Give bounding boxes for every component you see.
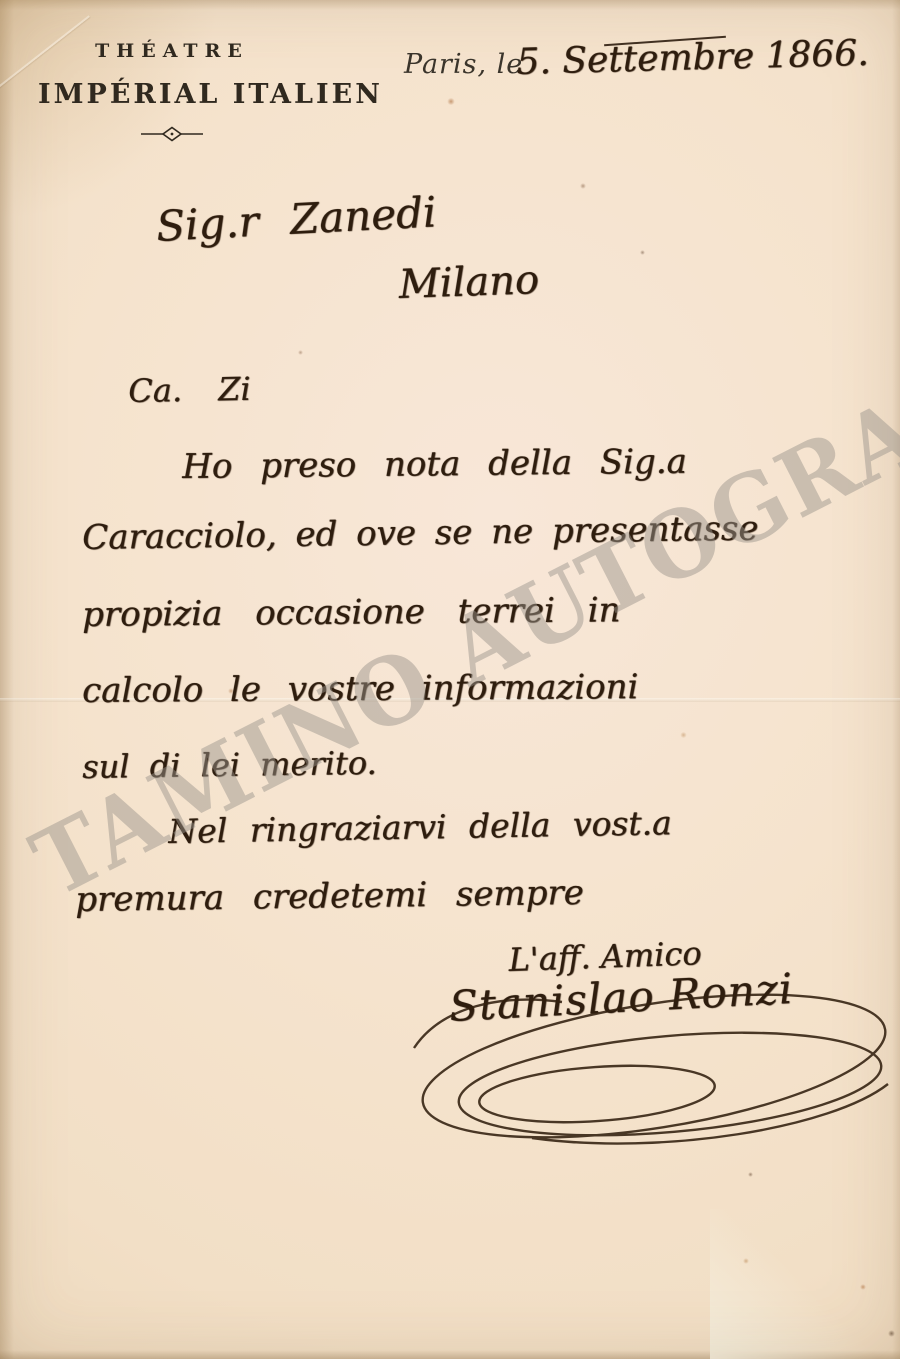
printed-dateline-prefix: Paris, le xyxy=(404,49,523,80)
body-line: propizia occasione terrei in xyxy=(82,590,621,635)
foxing-spot xyxy=(580,183,586,189)
foxing-spot xyxy=(298,350,303,355)
handwritten-date: 5. Settembre 1866. xyxy=(516,33,869,83)
paper-edge-top xyxy=(0,0,900,10)
paper-corner-fold xyxy=(710,1209,900,1359)
addressee-name: Sig.r Zanedi xyxy=(155,187,438,251)
foxing-spot xyxy=(447,98,455,105)
letterhead-line1: THÉATRE xyxy=(38,40,306,62)
addressee-city: Milano xyxy=(398,257,540,308)
paper-edge-right xyxy=(892,0,900,1359)
letterhead-line2: IMPÉRIAL ITALIEN xyxy=(38,79,306,110)
foxing-spot xyxy=(888,1330,895,1337)
body-line: Nel ringraziarvi della vost.a xyxy=(168,803,672,851)
letter-scan: THÉATRE IMPÉRIAL ITALIEN Paris, le 5. Se… xyxy=(0,0,900,1359)
foxing-spot xyxy=(640,250,645,255)
signature: Stanislao Ronzi xyxy=(448,964,794,1031)
body-line: Ho preso nota della Sig.a xyxy=(182,442,687,487)
body-line: Caracciolo, ed ove se ne presentasse xyxy=(82,509,759,558)
body-line: premura credetemi sempre xyxy=(75,873,584,920)
salutation: Ca. Zi xyxy=(128,370,251,410)
body-line: calcolo le vostre informazioni xyxy=(82,667,639,711)
paper-edge-bottom xyxy=(0,1350,900,1359)
paper-edge-left xyxy=(0,0,14,1359)
letterhead: THÉATRE IMPÉRIAL ITALIEN xyxy=(38,40,306,146)
foxing-spot xyxy=(680,732,687,738)
diamond-ornament-icon xyxy=(38,126,306,146)
foxing-spot xyxy=(860,1284,866,1290)
foxing-spot xyxy=(748,1172,753,1177)
foxing-spot xyxy=(743,1258,749,1264)
body-line: sul di lei merito. xyxy=(82,744,377,786)
